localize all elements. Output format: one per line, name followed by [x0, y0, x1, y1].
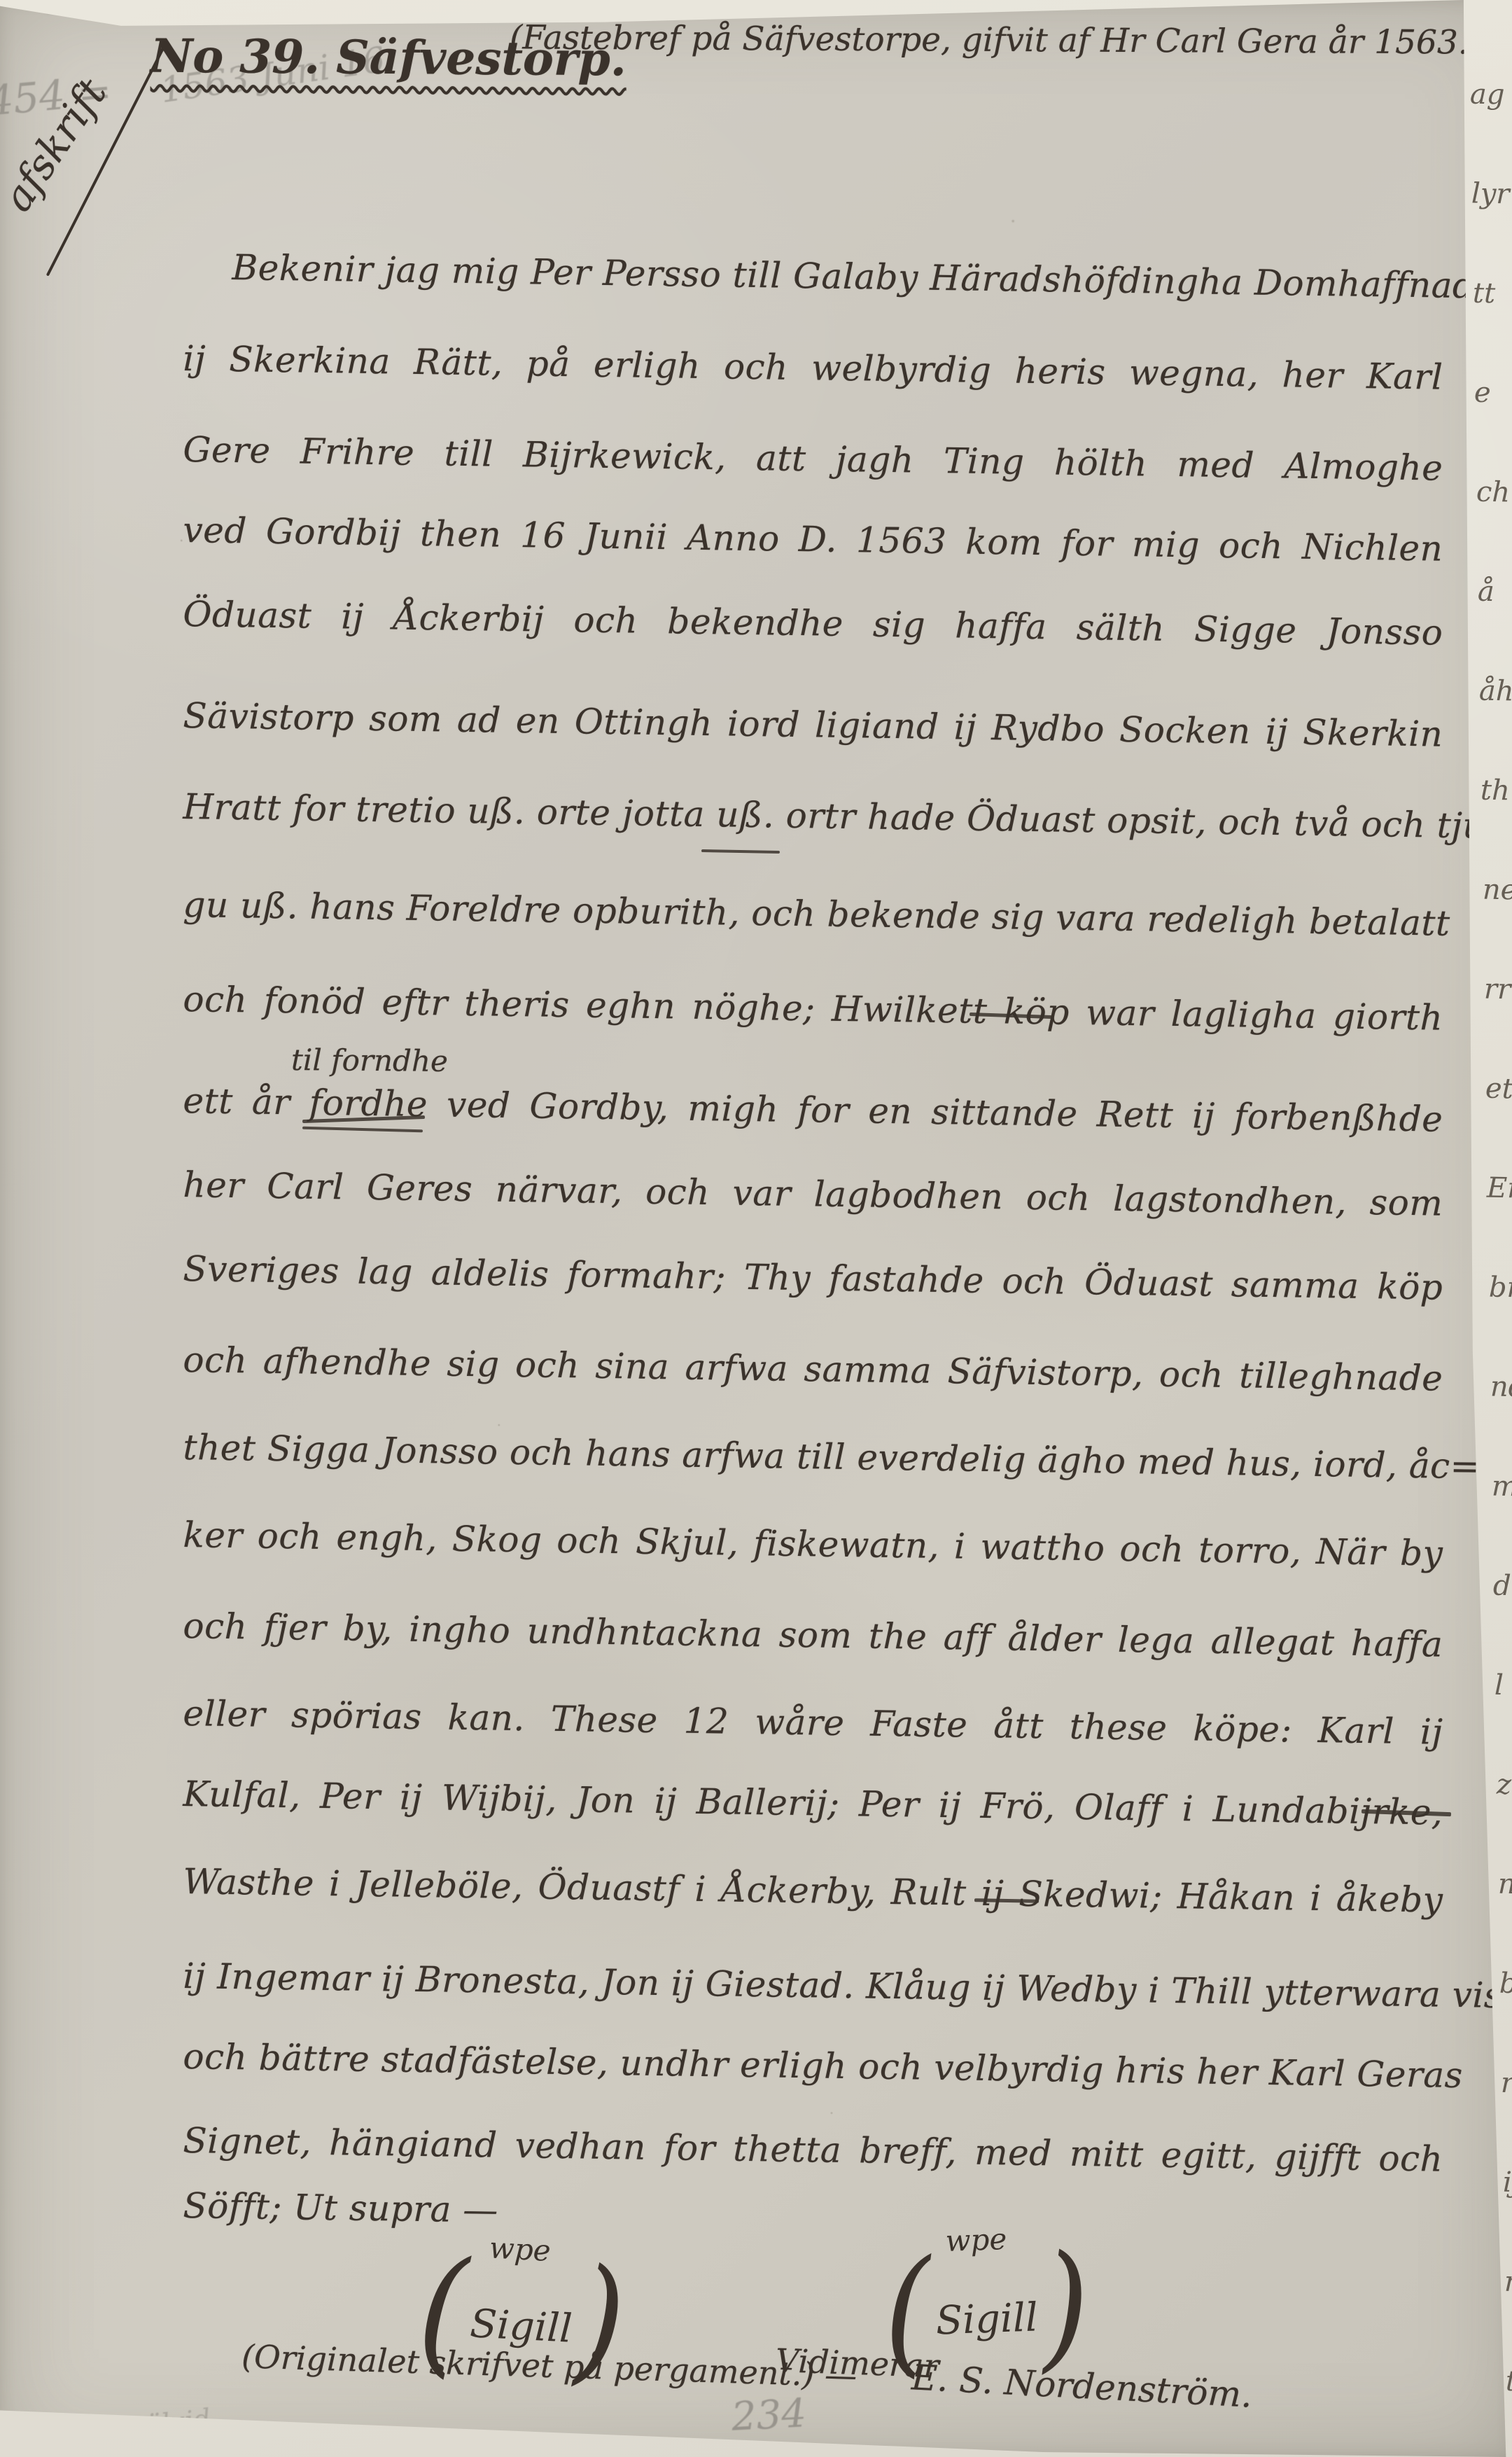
manuscript-page: 454 = 1563 Juni 16 afskrift No 39. Säfve… [0, 0, 1512, 2457]
manuscript-line: och fjer by, ingho undhntackna som the a… [183, 1603, 1443, 1668]
edge-text-fragment: de [1493, 1572, 1512, 1601]
title-annotation: (Fastebref på Säfvestorpe, gifvit af Hr … [510, 18, 1492, 63]
edge-text-fragment: ij [1503, 2169, 1512, 2197]
edge-text-fragment: nd [1490, 1373, 1512, 1402]
manuscript-line: Hratt for tretio uß. orte jotta uß. ortr… [183, 784, 1443, 849]
manuscript-line: Sveriges lag aldelis formahr; Thy fastah… [183, 1246, 1443, 1311]
manuscript-line: Söfft; Ut supra — [183, 2183, 498, 2234]
seal-label: Sigill [469, 2304, 573, 2349]
edge-text-fragment: br [1489, 1274, 1512, 1302]
edge-text-fragment: n [1498, 1870, 1512, 1898]
manuscript-line: och afhendhe sig och sina arfwa samma Sä… [183, 1337, 1443, 1402]
strikethrough-mark [302, 1127, 423, 1133]
manuscript-line: Wasthe i Jelleböle, Öduastf i Åckerby, R… [183, 1859, 1443, 1923]
edge-text-fragment: ag [1470, 81, 1505, 109]
edge-text-fragment: m [1492, 1473, 1512, 1501]
manuscript-line: her Carl Geres närvar, och var lagbodhen… [183, 1162, 1443, 1227]
manuscript-line: Sävistorp som ad en Ottingh iord ligiand… [183, 693, 1443, 758]
edge-text-fragment: Er [1487, 1174, 1512, 1203]
underline-mark [701, 849, 780, 854]
edge-text-fragment: ne [1483, 876, 1512, 905]
edge-text-fragment: ch [1476, 478, 1511, 507]
edge-text-fragment: rr [1484, 975, 1511, 1004]
edge-text-fragment: ze [1497, 1771, 1512, 1800]
manuscript-line: Öduast ij Åckerbij och bekendhe sig haff… [183, 592, 1443, 656]
seal-paren-close: ) [1039, 2251, 1091, 2362]
edge-text-fragment: b [1499, 1970, 1512, 1998]
attestation-signature: E. S. Nordenström. [911, 2356, 1254, 2416]
manuscript-line: eller spörias kan. These 12 wåre Faste å… [183, 1691, 1443, 1755]
manuscript-line: Gere Frihre till Bijrkewick, att jagh Ti… [183, 427, 1443, 492]
edge-text-fragment: l [1494, 1671, 1504, 1699]
page-number-pencil: 234 [731, 2394, 808, 2437]
edge-text-fragment: e [1474, 379, 1491, 407]
seal-abbreviation: wpe [945, 2225, 1007, 2256]
edge-text-fragment: åh [1479, 677, 1512, 706]
manuscript-line: och bättre stadfästelse, undhr erligh oc… [183, 2034, 1443, 2098]
manuscript-line: thet Sigga Jonsso och hans arfwa till ev… [183, 1425, 1443, 1489]
edge-text-fragment: lyr [1471, 180, 1510, 209]
manuscript-line: gu uß. hans Foreldre opburith, och beken… [183, 882, 1443, 947]
edge-text-fragment: n [1504, 2268, 1512, 2296]
manuscript-line: ett år fordhe ved Gordby, migh for en si… [183, 1078, 1443, 1143]
manuscript-line: ij Skerkina Rätt, på erligh och welbyrdi… [183, 336, 1443, 401]
edge-text-fragment: tt [1506, 2367, 1512, 2396]
manuscript-line: och fonöd eftr theris eghn nöghe; Hwilke… [183, 977, 1443, 1041]
manuscript-line: Signet, hängiand vedhan for thetta breff… [183, 2118, 1443, 2183]
manuscript-line: ved Gordbij then 16 Junii Anno D. 1563 k… [183, 508, 1443, 572]
scanned-page: aglyrttechååhthnerretErbrndmdelzenbrijnt… [0, 0, 1512, 2457]
manuscript-line: Bekenir jag mig Per Persso till Galaby H… [232, 245, 1439, 309]
edge-text-fragment: tt [1473, 279, 1496, 308]
edge-text-fragment: et [1485, 1075, 1512, 1104]
seal-label: Sigill [935, 2298, 1039, 2341]
manuscript-line: ij Ingemar ij Bronesta, Jon ij Giestad. … [183, 1954, 1443, 2018]
edge-text-fragment: r [1501, 2069, 1512, 2097]
interlinear-insert: til forndhe [291, 1045, 448, 1076]
edge-text-fragment: å [1478, 578, 1495, 606]
manuscript-line: Kulfal, Per ij Wijbij, Jon ij Ballerij; … [183, 1772, 1443, 1836]
seal-abbreviation: wpe [489, 2233, 552, 2266]
manuscript-line: ker och engh, Skog och Skjul, fiskewatn,… [183, 1512, 1443, 1577]
edge-text-fragment: th [1480, 777, 1511, 805]
